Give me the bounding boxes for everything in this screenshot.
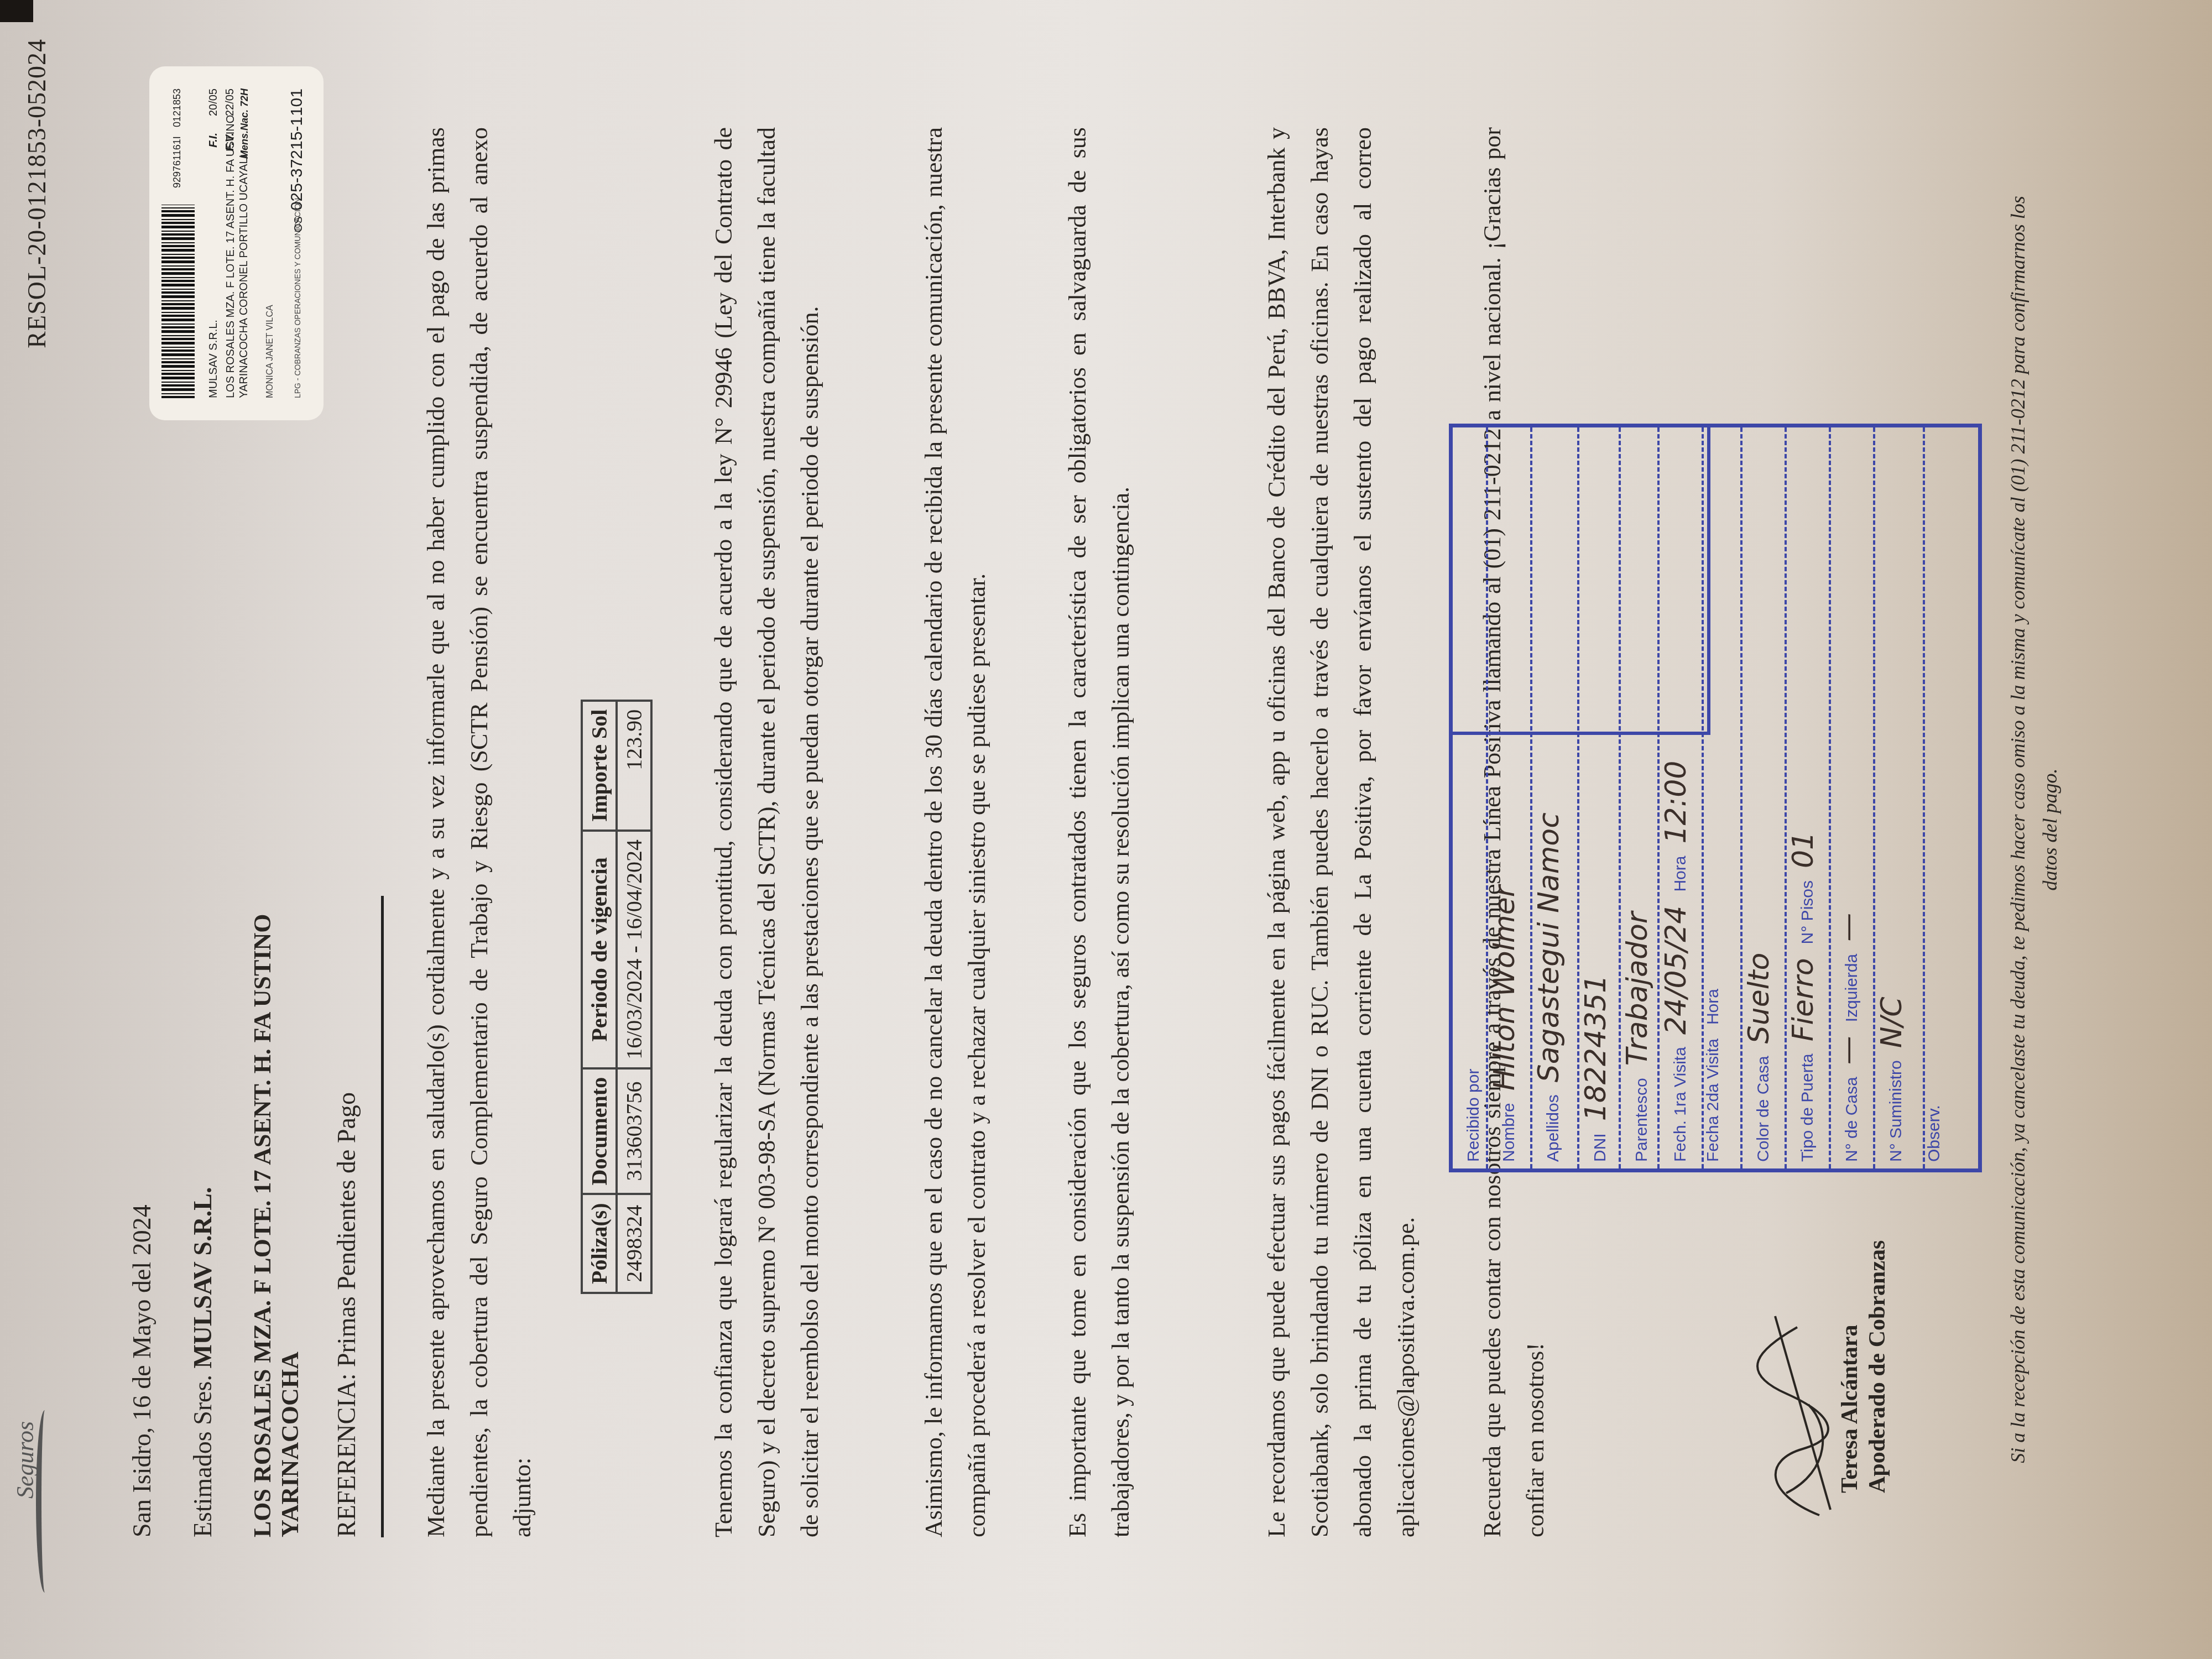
stamp-value: N/C <box>1875 997 1908 1048</box>
stamp-row: ParentescoTrabajador <box>1619 427 1654 1168</box>
stamp-label: Nombre <box>1500 1103 1518 1162</box>
stamp-label: N° Suministro <box>1887 1060 1905 1162</box>
stamp-row: Color de CasaSuelto <box>1740 427 1776 1168</box>
greeting-prefix: Estimados Sres. <box>189 1375 217 1537</box>
stamp-value: — <box>1831 1036 1864 1065</box>
cell-periodo: 16/03/2024 - 16/04/2024 <box>617 831 651 1068</box>
stamp-value: Fierro <box>1787 958 1820 1041</box>
stamp-label: Color de Casa <box>1754 1056 1772 1162</box>
company-logo: Seguros <box>6 1394 50 1593</box>
stamp-row: Tipo de PuertaFierro N° Pisos01 <box>1785 427 1820 1168</box>
stamp-value: Sagastegui Namoc <box>1532 812 1566 1082</box>
label-route: 101 <box>288 88 306 116</box>
stamp-label: Fech. 1ra Visita <box>1671 1047 1689 1162</box>
stamp-label: N° de Casa <box>1843 1077 1861 1162</box>
paragraph-regularize: Tenemos la confianza que logrará regular… <box>702 127 832 1537</box>
stamp-label: Fecha 2da Visita <box>1704 1039 1722 1162</box>
label-service: Mens.Nac. 72H <box>239 88 251 159</box>
stamp-row: N° SuministroN/C <box>1873 427 1908 1168</box>
stamp-row: Observ. <box>1923 427 1944 1168</box>
stamp-side-value: — <box>1831 913 1864 942</box>
resolution-code: RESOL-20-0121853-052024 <box>22 39 51 348</box>
stamp-row: N° de Casa— Izquierda— <box>1829 427 1864 1168</box>
stamp-label: DNI <box>1591 1133 1609 1162</box>
stamp-row: Recibido por <box>1453 427 1486 1168</box>
address-line1: LOS ROSALES MZA. F LOTE. 17 ASENT. H. FA… <box>249 914 276 1537</box>
mailing-label: 929761161I 0121853 MULSAV S.R.L. LOS ROS… <box>149 66 324 420</box>
stamp-label: Recibido por <box>1464 1069 1483 1162</box>
stamp-floors-label: N° Pisos <box>1798 880 1817 944</box>
col-poliza: Póliza(s) <box>582 1194 617 1293</box>
stamp-label: Apellidos <box>1544 1094 1562 1162</box>
stamp-value: 18224351 <box>1579 975 1613 1121</box>
fi-label: F.I. <box>207 133 220 148</box>
greeting: Estimados Sres. MULSAV S.R.L. <box>188 1187 217 1537</box>
signature-icon <box>1753 1305 1841 1526</box>
stamp-value: Hilton Wolmer <box>1488 885 1521 1091</box>
col-importe: Importe Sol <box>582 701 617 831</box>
os-number: 025-37215-1 <box>288 117 306 211</box>
recipient-address: LOS ROSALES MZA. F LOTE. 17 ASENT. H. FA… <box>249 914 304 1537</box>
label-address-line1: LOS ROSALES MZA. F LOTE. 17 ASENT. H. FA… <box>224 115 237 398</box>
letter-date: San Isidro, 16 de Mayo del 2024 <box>127 1204 156 1537</box>
stamp-row: DNI18224351 <box>1577 427 1613 1168</box>
stamp-label: Parentesco <box>1632 1078 1651 1162</box>
stamp-hour-label: Hora <box>1704 989 1722 1025</box>
barcode-number: 929761161I <box>171 136 183 188</box>
paragraph-cancellation: Asimismo, le informamos que en el caso d… <box>912 127 999 1537</box>
signer-title: Apoderado de Cobranzas <box>1864 1240 1891 1493</box>
paragraph-intro: Mediante la presente aprovechamos en sal… <box>415 127 544 1537</box>
label-code: 0121853 <box>171 88 183 127</box>
os-prefix: OS <box>293 216 305 232</box>
fv-value: 22/05 <box>224 88 236 116</box>
stamp-value: Trabajador <box>1621 912 1654 1066</box>
col-documento: Documento <box>582 1068 617 1194</box>
barcode-icon <box>161 205 195 398</box>
logo-swoosh-icon <box>36 1410 54 1593</box>
stamp-floors-value: 01 <box>1787 832 1820 868</box>
cell-poliza: 2498324 <box>617 1194 651 1293</box>
fv-label: F.V. <box>224 133 236 151</box>
stamp-row: ApellidosSagastegui Namoc <box>1530 427 1566 1168</box>
label-recipient: MULSAV S.R.L. <box>207 320 220 398</box>
label-fi: F.I.20/05 <box>207 88 220 148</box>
greeting-company: MULSAV S.R.L. <box>189 1187 217 1369</box>
paragraph-payment: Le recordamos que puede efectuar sus pag… <box>1255 127 1428 1537</box>
stamp-side-label: Izquierda <box>1843 954 1861 1022</box>
col-periodo: Periodo de vigencia <box>582 831 617 1068</box>
logo-text: Seguros <box>11 1421 39 1499</box>
stamp-row: Fech. 1ra Visita24/05/24 Hora12:00 <box>1657 427 1693 1168</box>
paragraph-importance: Es importante que tome en consideración … <box>1056 127 1142 1537</box>
stamp-label: Tipo de Puerta <box>1798 1053 1817 1162</box>
letter-page: Seguros RESOL-20-0121853-052024 92976116… <box>0 0 2212 1659</box>
cell-documento: 313603756 <box>617 1068 651 1194</box>
stamp-value: 24/05/24 <box>1660 906 1693 1035</box>
signer: Teresa Alcántara Apoderado de Cobranzas <box>1836 1240 1891 1493</box>
fi-value: 20/05 <box>207 88 220 116</box>
label-fv: F.V.22/05 <box>224 88 237 151</box>
courier-stamp: Recibido por NombreHilton Wolmer Apellid… <box>1449 424 1982 1172</box>
table-row: 2498324 313603756 16/03/2024 - 16/04/202… <box>617 701 651 1293</box>
stamp-value: Suelto <box>1743 953 1776 1044</box>
debts-table-header: Póliza(s) Documento Periodo de vigencia … <box>582 701 617 1293</box>
address-line2: YARINACOCHA <box>276 914 304 1537</box>
signer-name: Teresa Alcántara <box>1836 1240 1864 1493</box>
stamp-hour-label: Hora <box>1671 856 1689 892</box>
debts-table: Póliza(s) Documento Periodo de vigencia … <box>581 700 653 1294</box>
stamp-label: Observ. <box>1925 1105 1943 1162</box>
stamp-row: NombreHilton Wolmer <box>1486 427 1521 1168</box>
stamp-row: Fecha 2da Visita Hora <box>1702 427 1723 1168</box>
cell-importe: 123.90 <box>617 701 651 831</box>
reference-line: REFERENCIA: Primas Pendientes de Pago <box>332 896 384 1537</box>
footer-note: Si a la recepción de esta comunicación, … <box>2002 182 2066 1477</box>
label-os: OS025-37215-1 <box>288 117 306 232</box>
label-contact: MONICA JANET VILCA <box>265 305 275 398</box>
stamp-hour-value: 12:00 <box>1660 761 1693 844</box>
